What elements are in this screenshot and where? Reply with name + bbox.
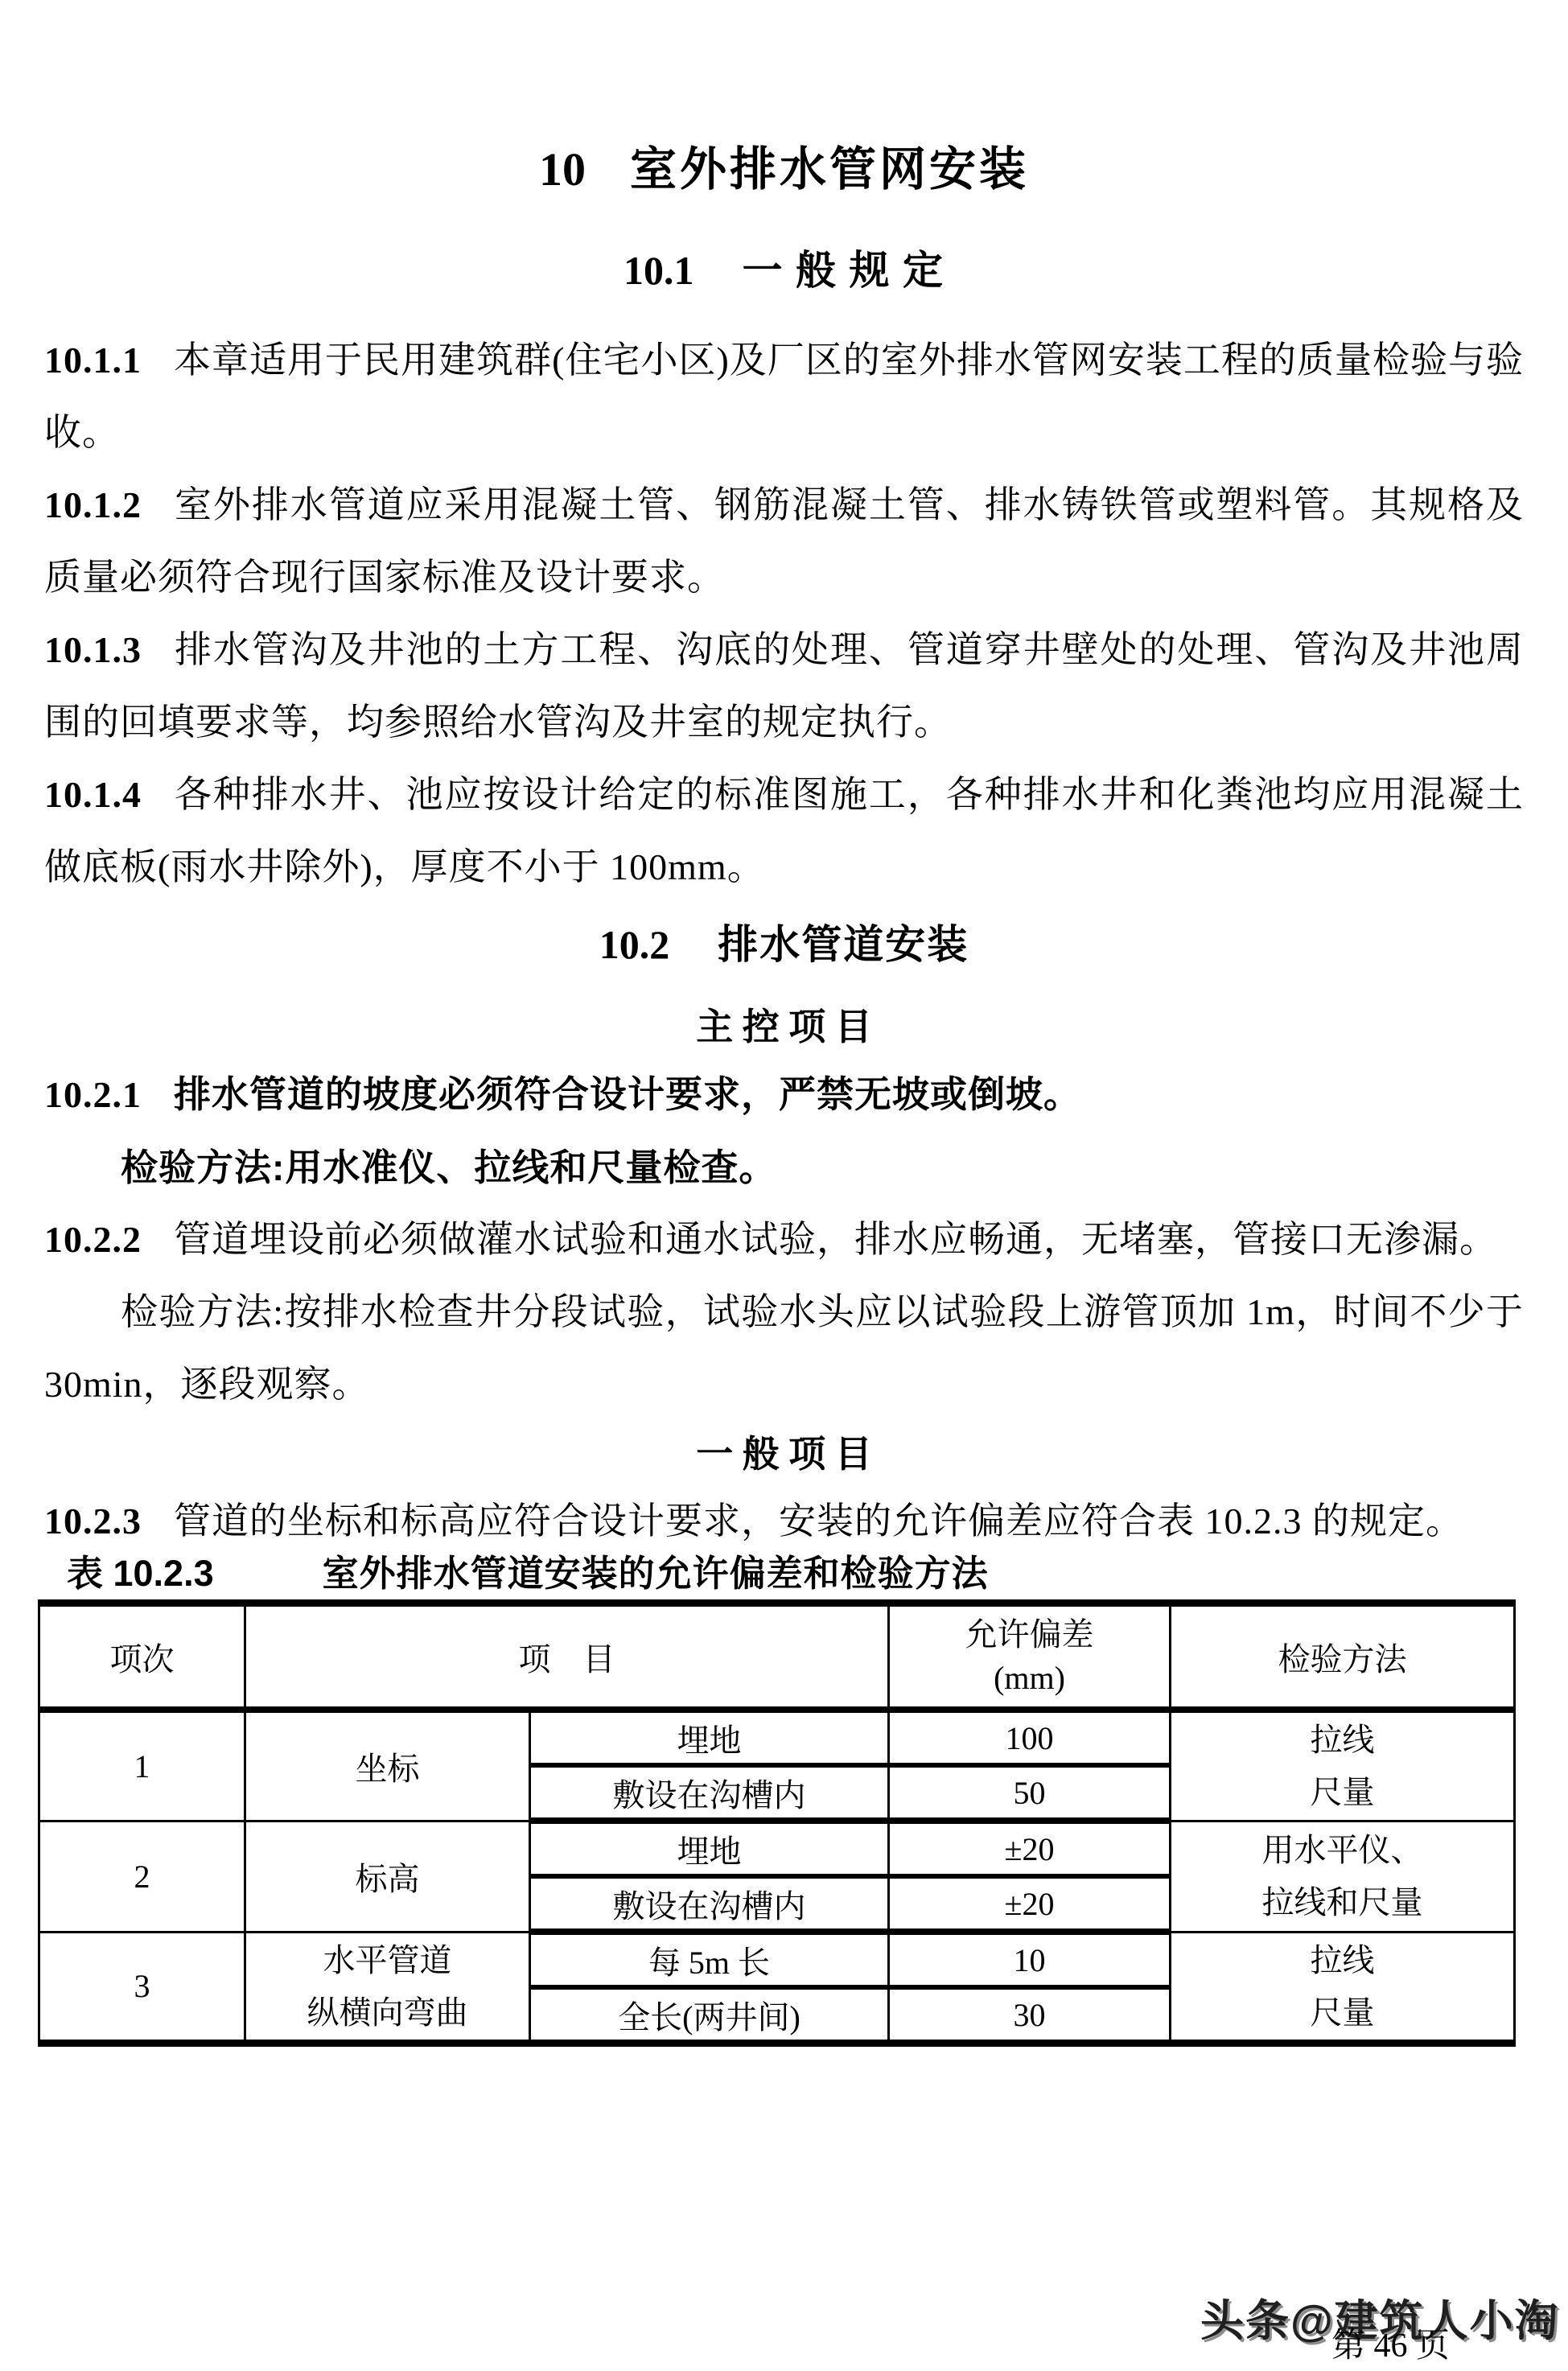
header-allowed-deviation-line2: (mm) xyxy=(890,1657,1169,1700)
page-number: 第 46 页 xyxy=(1331,2319,1450,2367)
cell-group2-item2: 敷设在沟槽内 xyxy=(530,1876,889,1932)
cell-group3-item2: 全长(两井间) xyxy=(530,1987,889,2044)
section-10-2-text: 排水管道安装 xyxy=(718,922,969,967)
paragraph-10-2-2-method: 检验方法:按排水检查井分段试验，试验水头应以试验段上游管顶加 1m，时间不少于 … xyxy=(44,1276,1524,1421)
chapter-title-text: 室外排水管网安装 xyxy=(630,143,1029,196)
section-10-2-number: 10.2 xyxy=(599,922,670,967)
cell-group2-method: 用水平仪、 拉线和尺量 xyxy=(1171,1821,1515,1932)
clause-text: 室外排水管道应采用混凝土管、钢筋混凝土管、排水铸铁管或塑料管。其规格及质量必须符… xyxy=(44,484,1524,598)
table-caption-title: 室外排水管道安装的允许偏差和检验方法 xyxy=(323,1553,989,1595)
clause-number: 10.2.3 xyxy=(44,1500,142,1542)
clause-number: 10.1.1 xyxy=(44,340,142,381)
clause-number: 10.2.2 xyxy=(44,1219,142,1260)
document-page: { "colors": { "background": "#ffffff", "… xyxy=(0,0,1568,2371)
document-content: 10室外排水管网安装 10.1一 般 规 定 10.1.1本章适用于民用建筑群(… xyxy=(0,141,1568,2047)
table-row-group2-a: 2 标高 埋地 ±20 用水平仪、 拉线和尺量 xyxy=(39,1821,1515,1876)
section-10-1-number: 10.1 xyxy=(623,248,694,293)
clause-number: 10.2.1 xyxy=(44,1074,142,1115)
paragraph-10-2-1-method: 检验方法:用水准仪、拉线和尺量检查。 xyxy=(44,1131,1524,1204)
paragraph-10-2-2: 10.2.2管道埋设前必须做灌水试验和通水试验，排水应畅通，无堵塞，管接口无渗漏… xyxy=(44,1204,1524,1276)
cell-group3-index: 3 xyxy=(39,1932,245,2044)
table-header-row: 项次 项 目 允许偏差 (mm) 检验方法 xyxy=(39,1603,1515,1710)
paragraph-10-1-4: 10.1.4各种排水井、池应按设计给定的标准图施工，各种排水井和化粪池均应用混凝… xyxy=(44,759,1524,904)
clause-text: 本章适用于民用建筑群(住宅小区)及厂区的室外排水管网安装工程的质量检验与验收。 xyxy=(44,340,1524,453)
cell-group2-index: 2 xyxy=(39,1821,245,1932)
cell-group2-category: 标高 xyxy=(245,1821,530,1932)
cell-group2-method-line1: 用水平仪、 xyxy=(1171,1824,1513,1876)
clause-text: 排水管沟及井池的土方工程、沟底的处理、管道穿井壁处的处理、管沟及井池周围的回填要… xyxy=(44,629,1524,743)
cell-group3-category-line2: 纵横向弯曲 xyxy=(246,1986,529,2039)
table-row-group3-a: 3 水平管道 纵横向弯曲 每 5m 长 10 拉线 尺量 xyxy=(39,1932,1515,1987)
chapter-number: 10 xyxy=(539,143,586,196)
clause-text: 管道的坐标和标高应符合设计要求，安装的允许偏差应符合表 10.2.3 的规定。 xyxy=(174,1500,1463,1542)
section-10-1-title: 10.1一 般 规 定 xyxy=(44,245,1524,295)
cell-group1-dev2: 50 xyxy=(889,1765,1171,1821)
table-caption: 表 10.2.3 室外排水管道安装的允许偏差和检验方法 xyxy=(38,1553,1513,1595)
cell-group3-category-line1: 水平管道 xyxy=(246,1934,529,1986)
clause-text: 各种排水井、池应按设计给定的标准图施工，各种排水井和化粪池均应用混凝土做底板(雨… xyxy=(44,774,1524,887)
paragraph-10-2-1: 10.2.1排水管道的坡度必须符合设计要求，严禁无坡或倒坡。 xyxy=(44,1058,1524,1131)
cell-group2-item1: 埋地 xyxy=(530,1821,889,1876)
cell-group3-item1: 每 5m 长 xyxy=(530,1932,889,1987)
table-caption-number: 表 10.2.3 xyxy=(67,1553,214,1595)
clause-number: 10.1.3 xyxy=(44,629,142,670)
clause-text: 管道埋设前必须做灌水试验和通水试验，排水应畅通，无堵塞，管接口无渗漏。 xyxy=(174,1219,1497,1260)
cell-group1-category: 坐标 xyxy=(245,1710,530,1821)
cell-group3-dev2: 30 xyxy=(889,1987,1171,2044)
cell-group2-method-line2: 拉线和尺量 xyxy=(1171,1876,1513,1928)
chapter-title: 10室外排水管网安装 xyxy=(44,141,1524,199)
clause-number: 10.1.2 xyxy=(44,484,142,525)
header-item-no: 项次 xyxy=(39,1603,245,1710)
cell-group1-method-line2: 尺量 xyxy=(1171,1766,1513,1818)
clause-number: 10.1.4 xyxy=(44,774,142,815)
header-check-method: 检验方法 xyxy=(1171,1603,1515,1710)
cell-group3-method-line2: 尺量 xyxy=(1171,1986,1513,2039)
cell-group1-method: 拉线 尺量 xyxy=(1171,1710,1515,1821)
table-row-group1-a: 1 坐标 埋地 100 拉线 尺量 xyxy=(39,1710,1515,1765)
cell-group3-method-line1: 拉线 xyxy=(1171,1934,1513,1986)
cell-group3-method: 拉线 尺量 xyxy=(1171,1932,1515,2044)
header-allowed-deviation-line1: 允许偏差 xyxy=(890,1613,1169,1657)
cell-group1-item1: 埋地 xyxy=(530,1710,889,1765)
cell-group2-dev1: ±20 xyxy=(889,1821,1171,1876)
tolerance-table: 项次 项 目 允许偏差 (mm) 检验方法 1 坐标 埋地 100 拉线 尺量 xyxy=(38,1599,1516,2047)
paragraph-10-1-3: 10.1.3排水管沟及井池的土方工程、沟底的处理、管道穿井壁处的处理、管沟及井池… xyxy=(44,614,1524,759)
cell-group1-dev1: 100 xyxy=(889,1710,1171,1765)
header-item: 项 目 xyxy=(245,1603,889,1710)
paragraph-10-1-1: 10.1.1本章适用于民用建筑群(住宅小区)及厂区的室外排水管网安装工程的质量检… xyxy=(44,324,1524,469)
clause-text: 排水管道的坡度必须符合设计要求，严禁无坡或倒坡。 xyxy=(174,1073,1081,1115)
paragraph-10-1-2: 10.1.2室外排水管道应采用混凝土管、钢筋混凝土管、排水铸铁管或塑料管。其规格… xyxy=(44,469,1524,614)
section-10-1-text: 一 般 规 定 xyxy=(743,248,945,293)
cell-group3-dev1: 10 xyxy=(889,1932,1171,1987)
general-items-label: 一 般 项 目 xyxy=(44,1430,1524,1479)
main-control-items-label: 主 控 项 目 xyxy=(44,1003,1524,1052)
section-10-2-title: 10.2排水管道安装 xyxy=(44,920,1524,969)
cell-group1-item2: 敷设在沟槽内 xyxy=(530,1765,889,1821)
cell-group3-category: 水平管道 纵横向弯曲 xyxy=(245,1932,530,2044)
cell-group1-index: 1 xyxy=(39,1710,245,1821)
cell-group1-method-line1: 拉线 xyxy=(1171,1714,1513,1766)
paragraph-10-2-3: 10.2.3管道的坐标和标高应符合设计要求，安装的允许偏差应符合表 10.2.3… xyxy=(44,1485,1524,1558)
cell-group2-dev2: ±20 xyxy=(889,1876,1171,1932)
header-allowed-deviation: 允许偏差 (mm) xyxy=(889,1603,1171,1710)
